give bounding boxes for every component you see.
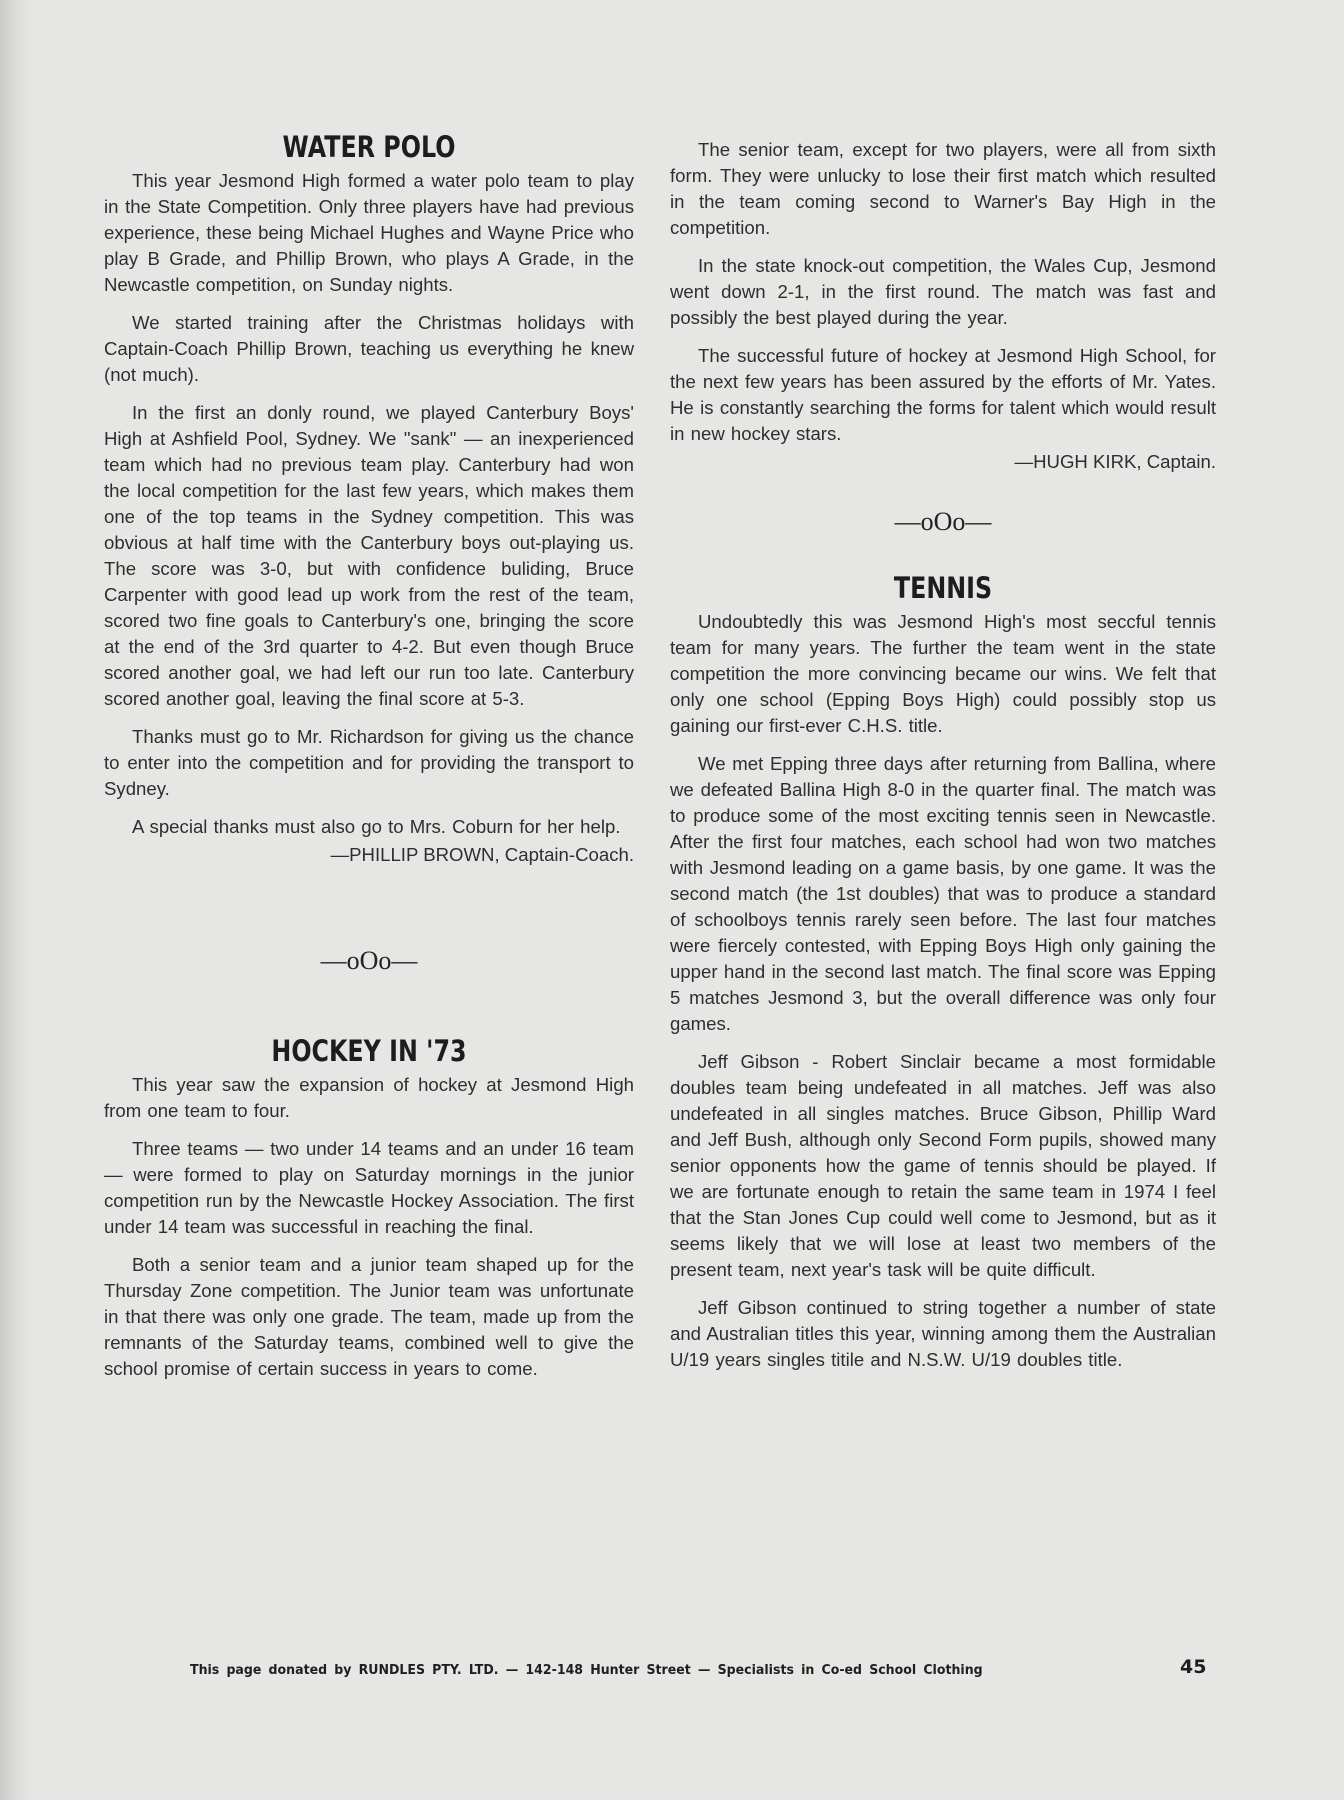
hockey-heading: HOCKEY IN '73 (152, 1034, 587, 1068)
right-column: The senior team, except for two players,… (670, 137, 1216, 1385)
section-divider: —oOo— (104, 946, 634, 976)
left-column: WATER POLO This year Jesmond High formed… (104, 130, 634, 1394)
hockey-article: HOCKEY IN '73 This year saw the expansio… (104, 1034, 634, 1382)
water-polo-paragraph: Thanks must go to Mr. Richardson for giv… (104, 724, 634, 802)
page-number: 45 (1180, 1656, 1206, 1678)
hockey-article-continued: The senior team, except for two players,… (670, 137, 1216, 475)
section-divider: —oOo— (670, 507, 1216, 537)
water-polo-paragraph: A special thanks must also go to Mrs. Co… (104, 814, 634, 840)
tennis-paragraph: Jeff Gibson continued to string together… (670, 1295, 1216, 1373)
hockey-paragraph: In the state knock-out competition, the … (670, 253, 1216, 331)
water-polo-paragraph: In the first an donly round, we played C… (104, 400, 634, 712)
water-polo-heading: WATER POLO (152, 130, 587, 164)
water-polo-paragraph: We started training after the Christmas … (104, 310, 634, 388)
hockey-paragraph: Both a senior team and a junior team sha… (104, 1252, 634, 1382)
hockey-signature: —HUGH KIRK, Captain. (670, 449, 1216, 475)
tennis-heading: TENNIS (719, 571, 1167, 605)
hockey-paragraph: The successful future of hockey at Jesmo… (670, 343, 1216, 447)
page-binding-shadow (0, 0, 34, 1800)
tennis-paragraph: We met Epping three days after returning… (670, 751, 1216, 1037)
tennis-article: TENNIS Undoubtedly this was Jesmond High… (670, 571, 1216, 1373)
sponsor-footer: This page donated by RUNDLES PTY. LTD. —… (190, 1662, 983, 1678)
water-polo-paragraph: This year Jesmond High formed a water po… (104, 168, 634, 298)
hockey-paragraph: This year saw the expansion of hockey at… (104, 1072, 634, 1124)
hockey-paragraph: Three teams — two under 14 teams and an … (104, 1136, 634, 1240)
water-polo-article: WATER POLO This year Jesmond High formed… (104, 130, 634, 868)
tennis-paragraph: Undoubtedly this was Jesmond High's most… (670, 609, 1216, 739)
tennis-paragraph: Jeff Gibson - Robert Sinclair became a m… (670, 1049, 1216, 1283)
water-polo-signature: —PHILLIP BROWN, Captain-Coach. (104, 842, 634, 868)
hockey-paragraph: The senior team, except for two players,… (670, 137, 1216, 241)
